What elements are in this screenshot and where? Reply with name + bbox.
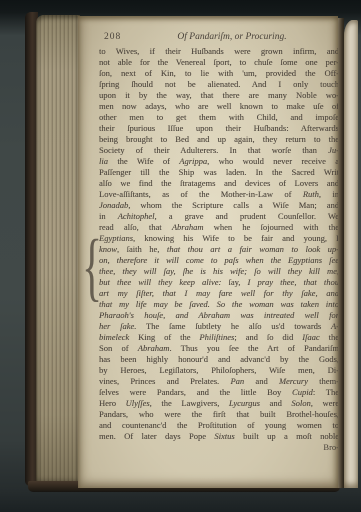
text-line: other men to get them with Child, and im… — [99, 112, 339, 123]
text-line: men now adays, who are well known to mak… — [99, 101, 339, 112]
text-line: their ſpurious Iſſue upon their Huſbands… — [99, 123, 339, 134]
text-line: bimeleck King of the Philiſtines; and ſo… — [99, 332, 339, 343]
scan-background: 208 Of Pandariſm, or Procuring. { to Wiv… — [0, 0, 361, 512]
text-line: know, ſaith he, that thou art a fair wom… — [99, 244, 339, 255]
text-line: lia the Wife of Agrippa, who would never… — [99, 156, 339, 167]
text-line: Hero Ulyſſes, the Lawgivers, Lycurgus an… — [99, 398, 339, 409]
margin-brace: { — [82, 232, 96, 304]
text-line: but thee will they keep alive: ſay, I pr… — [99, 277, 339, 288]
text-line: has been highly honour'd and advanc'd by… — [99, 354, 339, 365]
text-line: to Wives, if their Huſbands were grown i… — [99, 46, 339, 57]
text-line: ſpring ſhould not be alienated. And I on… — [99, 79, 339, 90]
text-line: in Achitophel, a grave and prudent Counſ… — [99, 211, 339, 222]
text-line: and countenanc'd the Proſtitution of you… — [99, 420, 339, 431]
text-line: thee, they will ſay, ſhe is his wife; ſo… — [99, 266, 339, 277]
text-line: men. Of later days Pope Sixtus built up … — [99, 431, 339, 442]
text-line: not able for the Venereal ſport, to chuſ… — [99, 57, 339, 68]
text-line: Egyptians, knowing his Wife to be fair a… — [99, 233, 339, 244]
text-line: her ſake. The ſame ſubtlety he alſo us'd… — [99, 321, 339, 332]
text-line: ſon, next of Kin, to lie with 'um, provi… — [99, 68, 339, 79]
text-line: that my life may be ſaved. So the woman … — [99, 299, 339, 310]
running-title: Of Pandariſm, or Procuring. — [99, 32, 339, 42]
page-header: 208 Of Pandariſm, or Procuring. — [99, 32, 339, 44]
text-line: ſelves were Pandars, and the little Boy … — [99, 387, 339, 398]
text-line: on, therefore it will come to paſs when … — [99, 255, 339, 266]
text-line: vines, Princes and Prelates. Pan and Mer… — [99, 376, 339, 387]
text-line: upon it by the way, that there are many … — [99, 90, 339, 101]
text-line: Love-aſſiſtants, as of the Mother-in-Law… — [99, 189, 339, 200]
text-line: being brought to Bed and up again, they … — [99, 134, 339, 145]
text-line: alſo we find the ſtratagems and devices … — [99, 178, 339, 189]
text-line: Jonadab, whom the Scripture calls a Wiſe… — [99, 200, 339, 211]
book-page: 208 Of Pandariſm, or Procuring. { to Wiv… — [78, 16, 338, 488]
text-line: Son of Abraham. Thus you ſee the Art of … — [99, 343, 339, 354]
text-line: Society of their Adulterers. In that wor… — [99, 145, 339, 156]
text-line: Paſſenger till the Ship was laden. In th… — [99, 167, 339, 178]
page-number: 208 — [104, 32, 121, 42]
text-line: art my ſiſter, that I may fare well for … — [99, 288, 339, 299]
text-line: Pandars, who were the firſt that built B… — [99, 409, 339, 420]
text-line: by Heroes, Legiſlators, Philoſophers, Wi… — [99, 365, 339, 376]
body-text: to Wives, if their Huſbands were grown i… — [99, 46, 339, 453]
page-edge-stack — [36, 15, 80, 485]
catchword: Bro- — [99, 442, 339, 453]
next-page-edge — [344, 20, 358, 488]
text-line: Pharaoh's houſe, and Abraham was intreat… — [99, 310, 339, 321]
text-line: read alſo, that Abraham when he ſojourne… — [99, 222, 339, 233]
